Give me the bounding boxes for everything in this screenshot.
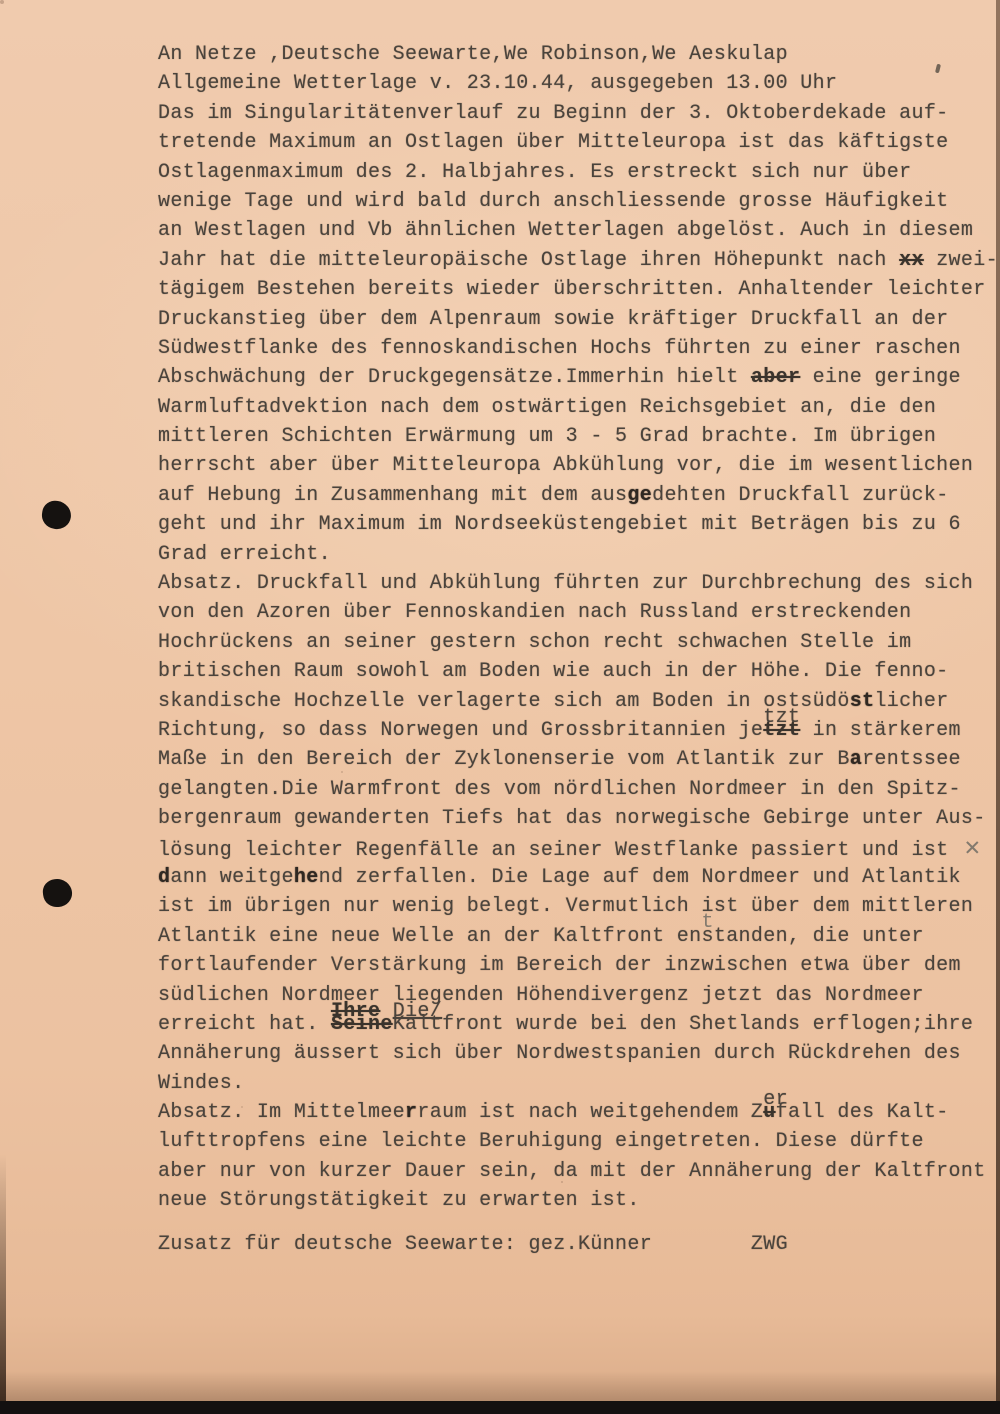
typed-text: Südwestflanke des fennoskandischen Hochs…: [158, 337, 961, 360]
overtyped-bold-text: ge: [627, 484, 652, 507]
typed-line: südlichen Nordmeer liegenden Höhendiverg…: [158, 981, 1000, 1010]
typed-text: nd zerfallen. Die Lage auf dem Nordmeer …: [319, 866, 961, 889]
typed-line: Windes.: [158, 1069, 1000, 1098]
typed-text: fall des Kalt-: [776, 1101, 949, 1124]
typed-text: raum ist nach weitgehendem Z: [417, 1101, 763, 1124]
typed-line: Zusatz für deutsche Seewarte: gez.Künner…: [158, 1230, 1000, 1259]
typed-text: auf Hebung in Zusammenhang mit dem aus: [158, 484, 627, 507]
typed-text: ist im übrigen nur wenig belegt. Vermutl…: [158, 895, 973, 918]
typed-line: lufttropfens eine leichte Beruhigung ein…: [158, 1127, 1000, 1156]
typed-text: in stärkerem: [800, 719, 961, 742]
typed-line: Grad erreicht.: [158, 540, 1000, 569]
typed-text: eine geringe: [800, 366, 961, 389]
typed-text: An Netze ,Deutsche Seewarte,We Robinson,…: [158, 43, 788, 66]
typed-text: rentssee: [862, 748, 961, 771]
typed-line: Annäherung äussert sich über Nordwestspa…: [158, 1039, 1000, 1068]
typed-text: lösung leichter Regenfälle an seiner Wes…: [158, 839, 949, 862]
typed-text: Hochrückens an seiner gestern schon rech…: [158, 631, 911, 654]
typed-line: neue Störungstätigkeit zu erwarten ist.: [158, 1186, 1000, 1215]
typed-line: auf Hebung in Zusammenhang mit dem ausge…: [158, 481, 1000, 510]
typed-line: ist im übrigen nur wenig belegt. Vermutl…: [158, 892, 1000, 921]
typed-line: tretende Maximum an Ostlagen über Mittel…: [158, 128, 1000, 157]
typed-text: tretende Maximum an Ostlagen über Mittel…: [158, 131, 949, 154]
typed-text: aber nur von kurzer Dauer sein, da mit d…: [158, 1160, 986, 1183]
typed-line: Warmluftadvektion nach dem ostwärtigen R…: [158, 393, 1000, 422]
typed-text: Abschwächung der Druckgegensätze.Immerhi…: [158, 366, 751, 389]
page-bottom-shadow: [0, 1371, 1000, 1401]
typed-text: Grad erreicht.: [158, 543, 331, 566]
typed-line: Ostlagenmaximum des 2. Halbjahres. Es er…: [158, 158, 1000, 187]
typed-text: zwei-: [924, 249, 998, 272]
typed-line: Jahr hat die mitteleuropäische Ostlage i…: [158, 246, 1000, 275]
typed-text: Jahr hat die mitteleuropäische Ostlage i…: [158, 249, 899, 272]
typed-text: [380, 1000, 392, 1023]
typed-text: dehten Druckfall zurück-: [652, 484, 948, 507]
paper-specks: [0, 0, 4, 4]
typed-line: Druckanstieg über dem Alpenraum sowie kr…: [158, 305, 1000, 334]
struck-out-text: xx: [899, 249, 924, 272]
typed-line: bergenraum gewanderten Tiefs hat das nor…: [158, 804, 1000, 833]
typed-line: herrscht aber über Mitteleuropa Abkühlun…: [158, 451, 1000, 480]
typed-line: skandische Hochzelle verlagerte sich am …: [158, 687, 1000, 716]
typed-line: tägigem Bestehen bereits wieder überschr…: [158, 275, 1000, 304]
typed-line: britischen Raum sowohl am Boden wie auch…: [158, 657, 1000, 686]
typed-text: von den Azoren über Fennoskandien nach R…: [158, 601, 911, 624]
overtyped-bold-text: r: [405, 1101, 417, 1124]
typed-line: lösung leichter Regenfälle an seiner Wes…: [158, 834, 1000, 863]
overtyped-bold-text: st: [850, 690, 875, 713]
typed-line: geht und ihr Maximum im Nordseeküstengeb…: [158, 510, 1000, 539]
typed-text: an Westlagen und Vb ähnlichen Wetterlage…: [158, 219, 973, 242]
typed-text: Druckanstieg über dem Alpenraum sowie kr…: [158, 308, 949, 331]
typed-text: geht und ihr Maximum im Nordseeküstengeb…: [158, 513, 961, 536]
typed-text: standen, die unter: [702, 925, 924, 948]
hole-punch-bottom: [42, 878, 74, 909]
typed-text: ann weitge: [170, 866, 294, 889]
hole-punch-top: [40, 499, 73, 531]
typed-text: Absatz. Druckfall und Abkühlung führten …: [158, 572, 973, 595]
typed-line: Das im Singularitätenverlauf zu Beginn d…: [158, 99, 1000, 128]
typed-text: Ostlagenmaximum des 2. Halbjahres. Es er…: [158, 161, 911, 184]
typed-line: Richtung, so dass Norwegen und Grossbrit…: [158, 716, 1000, 745]
struck-out-text: Ihre: [331, 1000, 380, 1023]
typed-line: wenige Tage und wird bald durch anschlie…: [158, 187, 1000, 216]
typed-line: aber nur von kurzer Dauer sein, da mit d…: [158, 1157, 1000, 1186]
overtyped-bold-text: d: [158, 866, 170, 889]
typed-text: herrscht aber über Mitteleuropa Abkühlun…: [158, 454, 973, 477]
page-right-edge-shadow: [996, 0, 1000, 1414]
typed-line: Südwestflanke des fennoskandischen Hochs…: [158, 334, 1000, 363]
typed-text: gelangten.Die Warmfront des vom nördlich…: [158, 778, 961, 801]
typed-lines: An Netze ,Deutsche Seewarte,We Robinson,…: [158, 40, 1000, 1259]
typed-line: dann weitgehend zerfallen. Die Lage auf …: [158, 863, 1000, 892]
underlined-insertion: Die/: [393, 1000, 442, 1023]
typed-text: Maße in den Bereich der Zyklonenserie vo…: [158, 748, 850, 771]
typed-text: Allgemeine Wetterlage v. 23.10.44, ausge…: [158, 72, 837, 95]
typed-text: fortlaufender Verstärkung im Bereich der…: [158, 954, 961, 977]
typed-line: An Netze ,Deutsche Seewarte,We Robinson,…: [158, 40, 1000, 69]
typed-line: Hochrückens an seiner gestern schon rech…: [158, 628, 1000, 657]
typed-line: Allgemeine Wetterlage v. 23.10.44, ausge…: [158, 69, 1000, 98]
typed-text: Atlantik eine neue Welle an der Kaltfron…: [158, 925, 702, 948]
typed-line: Atlantik eine neue Welle an der Kaltfron…: [158, 922, 1000, 951]
document-page: An Netze ,Deutsche Seewarte,We Robinson,…: [0, 0, 1000, 1414]
typed-line: an Westlagen und Vb ähnlichen Wetterlage…: [158, 216, 1000, 245]
typed-text: tägigem Bestehen bereits wieder überschr…: [158, 278, 986, 301]
typed-text: Richtung, so dass Norwegen und Grossbrit…: [158, 719, 763, 742]
typed-line: Absatz. Druckfall und Abkühlung führten …: [158, 569, 1000, 598]
typed-text: Windes.: [158, 1072, 244, 1095]
typed-line: Abschwächung der Druckgegensätze.Immerhi…: [158, 363, 1000, 392]
typed-line: Maße in den Bereich der Zyklonenserie vo…: [158, 745, 1000, 774]
typed-line: erreicht hat. Ihre Die/SeineKaltfront wu…: [158, 1010, 1000, 1039]
typed-line: Absatz. Im Mittelmeerraum ist nach weitg…: [158, 1098, 1000, 1127]
overtyped-bold-text: he: [294, 866, 319, 889]
typed-text: Kaltfront wurde bei den Shetlands erflog…: [393, 1013, 974, 1036]
pencil-x-mark: ✕: [949, 833, 981, 863]
typed-text: Das im Singularitätenverlauf zu Beginn d…: [158, 102, 949, 125]
typed-text: Warmluftadvektion nach dem ostwärtigen R…: [158, 396, 936, 419]
typed-text: neue Störungstätigkeit zu erwarten ist.: [158, 1189, 640, 1212]
typed-text: britischen Raum sowohl am Boden wie auch…: [158, 660, 949, 683]
typed-text: bergenraum gewanderten Tiefs hat das nor…: [158, 807, 986, 830]
typed-text: südlichen Nordmeer liegenden Höhendiverg…: [158, 984, 924, 1007]
typed-line: mittleren Schichten Erwärmung um 3 - 5 G…: [158, 422, 1000, 451]
typed-text: Absatz. Im Mittelmee: [158, 1101, 405, 1124]
typed-text: skandische Hochzelle verlagerte sich am …: [158, 690, 850, 713]
struck-out-text: aber: [751, 366, 800, 389]
typed-line: gelangten.Die Warmfront des vom nördlich…: [158, 775, 1000, 804]
typed-line: fortlaufender Verstärkung im Bereich der…: [158, 951, 1000, 980]
page-bottom-edge: [0, 1401, 1000, 1414]
typed-text: licher: [874, 690, 948, 713]
typed-text: erreicht hat.: [158, 1013, 331, 1036]
typed-line: von den Azoren über Fennoskandien nach R…: [158, 598, 1000, 627]
overtyped-bold-text: a: [850, 748, 862, 771]
typed-text: Annäherung äussert sich über Nordwestspa…: [158, 1042, 961, 1065]
typed-text: wenige Tage und wird bald durch anschlie…: [158, 190, 949, 213]
typed-text: lufttropfens eine leichte Beruhigung ein…: [158, 1130, 924, 1153]
typed-text: Zusatz für deutsche Seewarte: gez.Künner…: [158, 1233, 788, 1256]
typed-text: mittleren Schichten Erwärmung um 3 - 5 G…: [158, 425, 936, 448]
